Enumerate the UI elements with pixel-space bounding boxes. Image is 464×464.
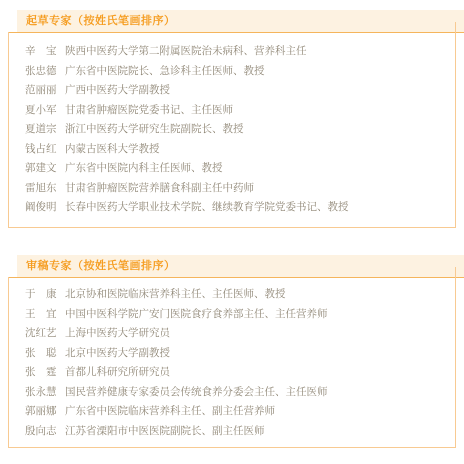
expert-row: 夏道宗浙江中医药大学研究生院副院长、教授 <box>25 120 450 140</box>
right-border-line <box>455 267 456 447</box>
expert-name: 辛 宝 <box>25 42 58 62</box>
expert-row: 殷向志江苏省溧阳市中医医院副院长、副主任医师 <box>25 422 450 442</box>
expert-row: 王 宜中国中医科学院广安门医院食疗食养部主任、主任营养师 <box>25 305 450 325</box>
expert-name: 钱占红 <box>25 140 58 160</box>
section-title: 起草专家（按姓氏笔画排序） <box>17 10 464 32</box>
section-title: 审稿专家（按姓氏笔画排序） <box>17 255 464 277</box>
section-drafting-experts: 起草专家（按姓氏笔画排序） 辛 宝陕西中医药大学第二附属医院治未病科、营养科主任… <box>0 10 464 228</box>
expert-name: 雷旭东 <box>25 179 58 199</box>
expert-row: 张 聪北京中医药大学副教授 <box>25 344 450 364</box>
expert-row: 张 霆首都儿科研究所研究员 <box>25 363 450 383</box>
expert-name: 夏道宗 <box>25 120 58 140</box>
expert-title: 广东省中医院院长、急诊科主任医师、教授 <box>65 62 265 82</box>
section-header-band: 审稿专家（按姓氏笔画排序） <box>17 255 464 277</box>
expert-name: 张忠德 <box>25 62 58 82</box>
expert-name: 王 宜 <box>25 305 58 325</box>
expert-row: 辛 宝陕西中医药大学第二附属医院治未病科、营养科主任 <box>25 42 450 62</box>
expert-title: 内蒙古医科大学教授 <box>65 140 160 160</box>
top-divider-line <box>8 277 464 278</box>
expert-title: 北京协和医院临床营养科主任、主任医师、教授 <box>65 285 286 305</box>
expert-row: 张永慧国民营养健康专家委员会传统食养分委会主任、主任医师 <box>25 383 450 403</box>
expert-row: 于 康北京协和医院临床营养科主任、主任医师、教授 <box>25 285 450 305</box>
expert-row: 钱占红内蒙古医科大学教授 <box>25 140 450 160</box>
bottom-border-line <box>8 447 456 448</box>
expert-list: 于 康北京协和医院临床营养科主任、主任医师、教授王 宜中国中医科学院广安门医院食… <box>25 285 450 441</box>
expert-title: 广东省中医院内科主任医师、教授 <box>65 159 223 179</box>
expert-title: 国民营养健康专家委员会传统食养分委会主任、主任医师 <box>65 383 328 403</box>
section-header-band: 起草专家（按姓氏笔画排序） <box>17 10 464 32</box>
expert-title: 甘肃省肿瘤医院党委书记、主任医师 <box>65 101 233 121</box>
expert-name: 郭建文 <box>25 159 58 179</box>
expert-name: 于 康 <box>25 285 58 305</box>
expert-name: 张 霆 <box>25 363 58 383</box>
expert-row: 郭建文广东省中医院内科主任医师、教授 <box>25 159 450 179</box>
expert-title: 浙江中医药大学研究生院副院长、教授 <box>65 120 244 140</box>
right-border-line <box>455 22 456 227</box>
expert-title: 上海中医药大学研究员 <box>65 324 170 344</box>
expert-name: 阚俊明 <box>25 198 58 218</box>
expert-title: 陕西中医药大学第二附属医院治未病科、营养科主任 <box>65 42 307 62</box>
expert-title: 首都儿科研究所研究员 <box>65 363 170 383</box>
expert-row: 阚俊明长春中医药大学职业技术学院、继续教育学院党委书记、教授 <box>25 198 450 218</box>
expert-row: 沈红艺上海中医药大学研究员 <box>25 324 450 344</box>
expert-title: 中国中医科学院广安门医院食疗食养部主任、主任营养师 <box>65 305 328 325</box>
bottom-border-line <box>8 227 456 228</box>
expert-title: 长春中医药大学职业技术学院、继续教育学院党委书记、教授 <box>65 198 349 218</box>
expert-title: 北京中医药大学副教授 <box>65 344 170 364</box>
expert-name: 张 聪 <box>25 344 58 364</box>
expert-name: 郭丽娜 <box>25 402 58 422</box>
expert-name: 殷向志 <box>25 422 58 442</box>
left-border-line <box>8 277 9 447</box>
expert-row: 雷旭东甘肃省肿瘤医院营养膳食科副主任中药师 <box>25 179 450 199</box>
left-border-line <box>8 32 9 227</box>
expert-list: 辛 宝陕西中医药大学第二附属医院治未病科、营养科主任张忠德广东省中医院院长、急诊… <box>25 42 450 218</box>
expert-name: 范丽丽 <box>25 81 58 101</box>
expert-row: 张忠德广东省中医院院长、急诊科主任医师、教授 <box>25 62 450 82</box>
expert-row: 郭丽娜广东省中医院临床营养科主任、副主任营养师 <box>25 402 450 422</box>
expert-name: 沈红艺 <box>25 324 58 344</box>
top-divider-line <box>8 32 464 33</box>
expert-title: 广东省中医院临床营养科主任、副主任营养师 <box>65 402 275 422</box>
expert-title: 甘肃省肿瘤医院营养膳食科副主任中药师 <box>65 179 254 199</box>
expert-title: 广西中医药大学副教授 <box>65 81 170 101</box>
expert-row: 夏小军甘肃省肿瘤医院党委书记、主任医师 <box>25 101 450 121</box>
expert-row: 范丽丽广西中医药大学副教授 <box>25 81 450 101</box>
article-page: 起草专家（按姓氏笔画排序） 辛 宝陕西中医药大学第二附属医院治未病科、营养科主任… <box>0 0 464 464</box>
expert-title: 江苏省溧阳市中医医院副院长、副主任医师 <box>65 422 265 442</box>
expert-name: 张永慧 <box>25 383 58 403</box>
section-review-experts: 审稿专家（按姓氏笔画排序） 于 康北京协和医院临床营养科主任、主任医师、教授王 … <box>0 255 464 448</box>
expert-name: 夏小军 <box>25 101 58 121</box>
